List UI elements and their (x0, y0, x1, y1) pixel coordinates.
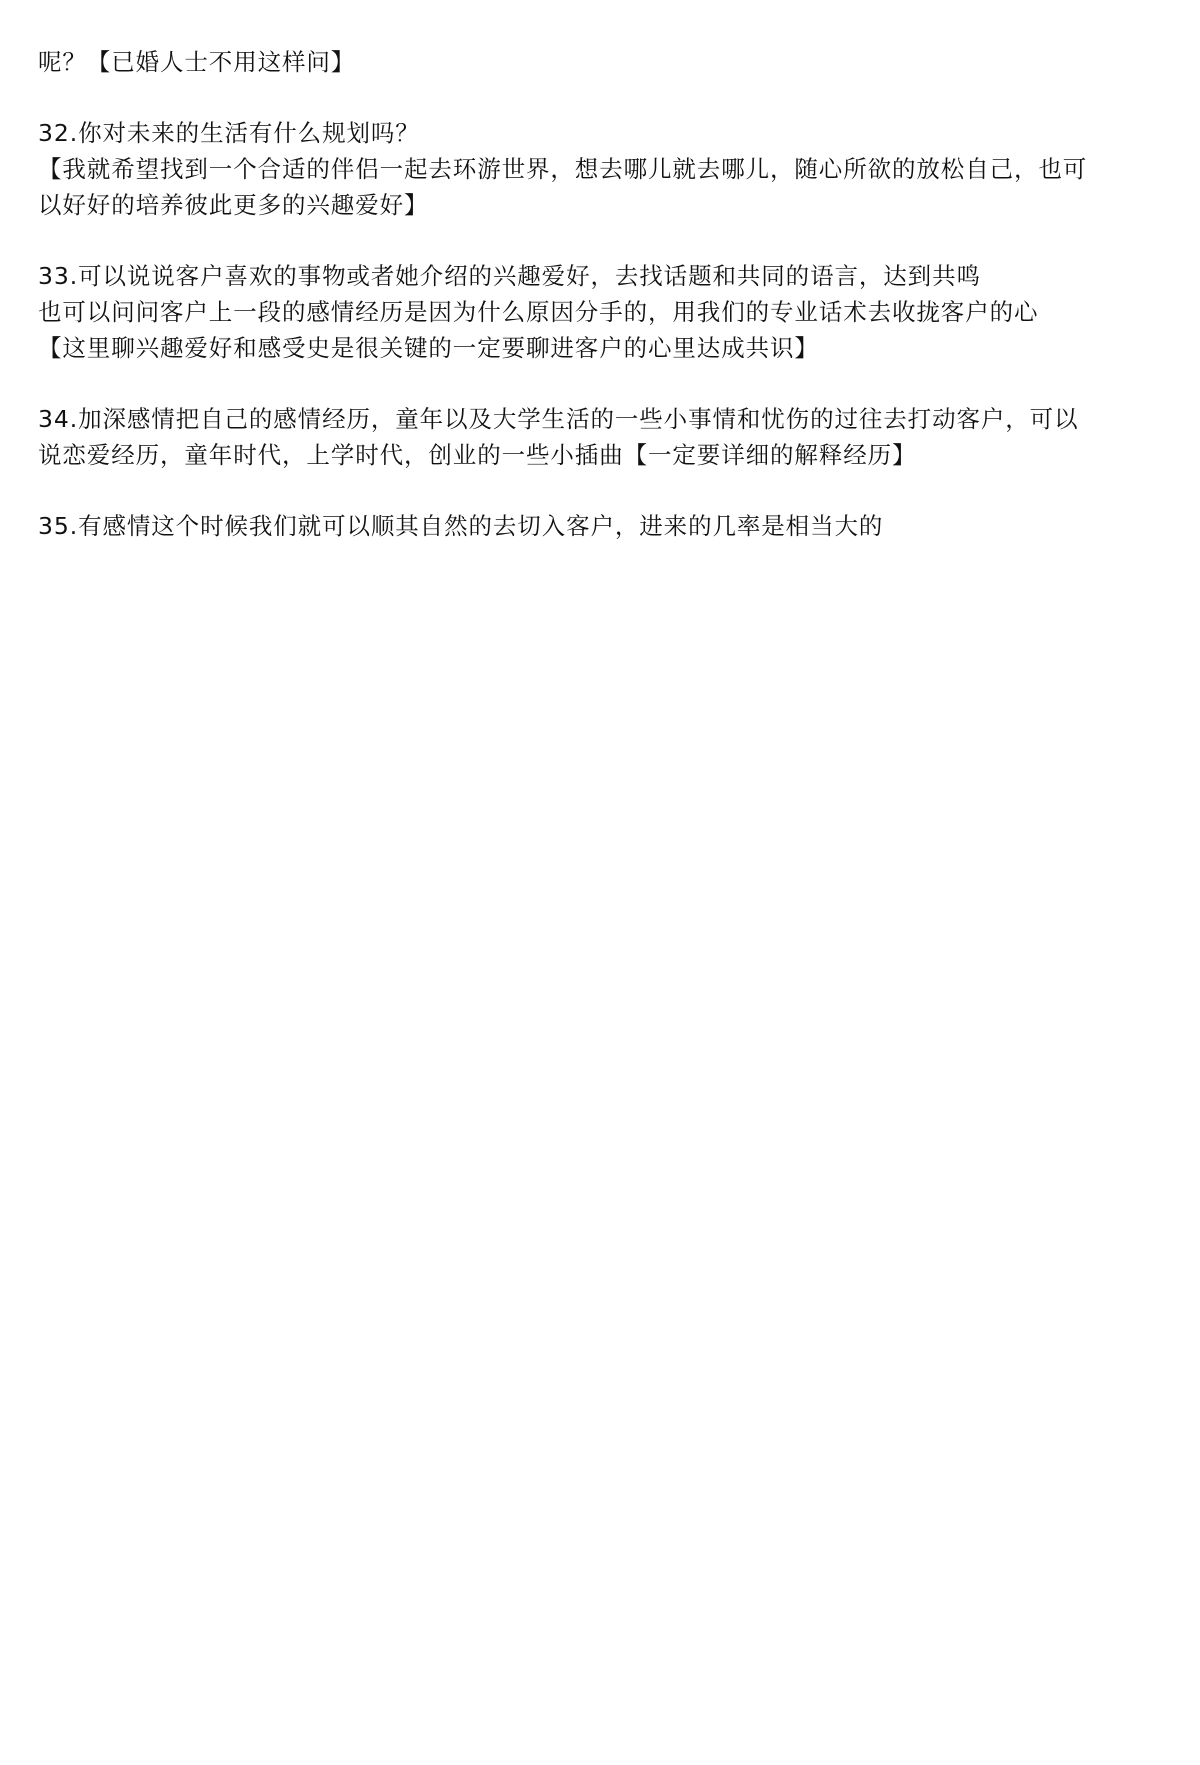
document-body: 呢？【已婚人士不用这样问】 32.你对未来的生活有什么规划吗？ 【我就希望找到一… (38, 45, 1168, 580)
paragraph-continuation: 呢？【已婚人士不用这样问】 (38, 45, 1168, 81)
paragraph-item-35: 35.有感情这个时候我们就可以顺其自然的去切入客户，进来的几率是相当大的 (38, 509, 1168, 545)
item-heading: 34.加深感情把自己的感情经历，童年以及大学生活的一些小事情和忧伤的过往去打动客… (38, 402, 1168, 438)
text-line: 【这里聊兴趣爱好和感受史是很关键的一定要聊进客户的心里达成共识】 (38, 331, 1168, 367)
text-line: 说恋爱经历，童年时代，上学时代，创业的一些小插曲【一定要详细的解释经历】 (38, 438, 1168, 474)
text-line: 也可以问问客户上一段的感情经历是因为什么原因分手的，用我们的专业话术去收拢客户的… (38, 295, 1168, 331)
paragraph-item-33: 33.可以说说客户喜欢的事物或者她介绍的兴趣爱好，去找话题和共同的语言，达到共鸣… (38, 259, 1168, 366)
paragraph-item-32: 32.你对未来的生活有什么规划吗？ 【我就希望找到一个合适的伴侣一起去环游世界，… (38, 116, 1168, 223)
text-line: 呢？【已婚人士不用这样问】 (38, 45, 1168, 81)
text-line: 以好好的培养彼此更多的兴趣爱好】 (38, 188, 1168, 224)
item-heading: 32.你对未来的生活有什么规划吗？ (38, 116, 1168, 152)
text-line: 【我就希望找到一个合适的伴侣一起去环游世界，想去哪儿就去哪儿，随心所欲的放松自己… (38, 152, 1168, 188)
item-heading: 35.有感情这个时候我们就可以顺其自然的去切入客户，进来的几率是相当大的 (38, 509, 1168, 545)
item-heading: 33.可以说说客户喜欢的事物或者她介绍的兴趣爱好，去找话题和共同的语言，达到共鸣 (38, 259, 1168, 295)
paragraph-item-34: 34.加深感情把自己的感情经历，童年以及大学生活的一些小事情和忧伤的过往去打动客… (38, 402, 1168, 473)
